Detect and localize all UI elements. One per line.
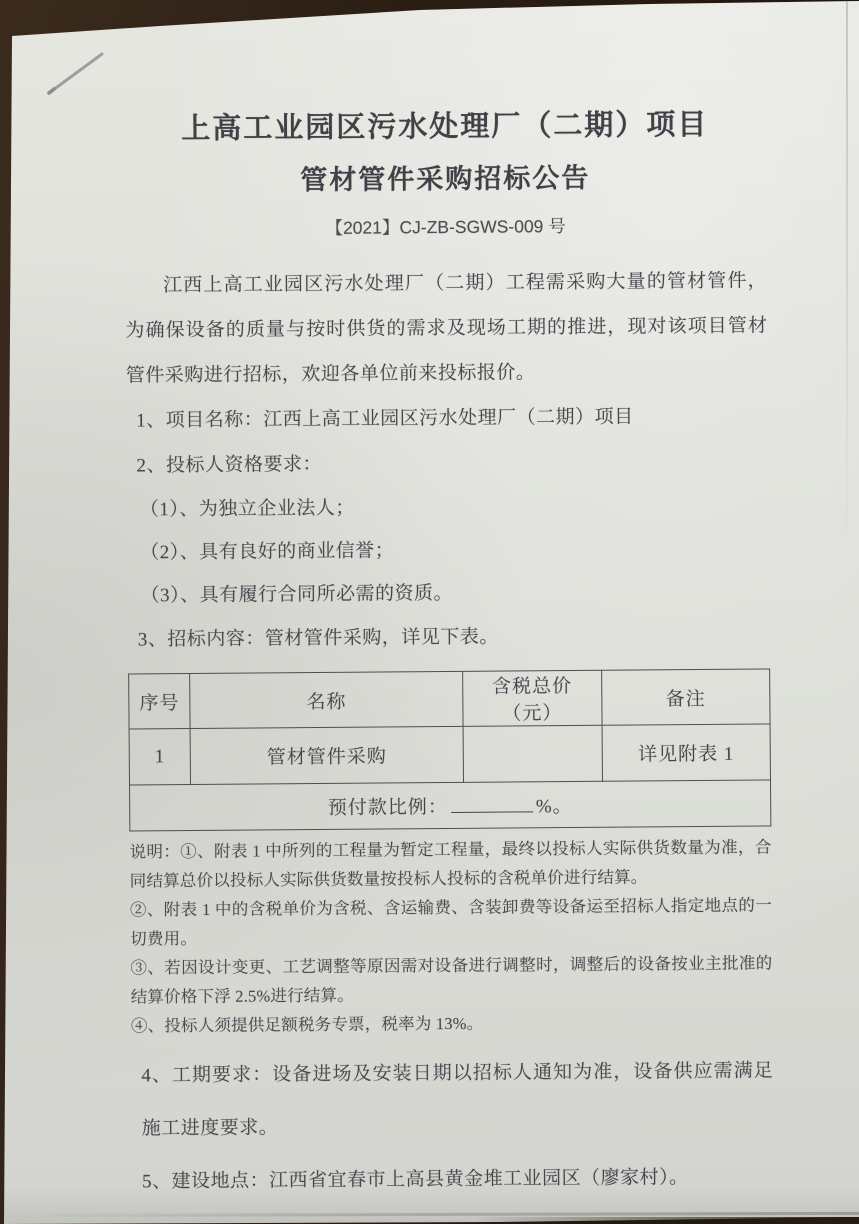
requirement-2: （2）、具有良好的商业信誉；	[127, 526, 769, 574]
prepay-cell: 预付款比例：%。	[130, 780, 771, 831]
doc-title-line1: 上高工业园区污水处理厂（二期）项目	[124, 101, 766, 147]
bid-items-table: 序号 名称 含税总价（元） 备注 1 管材管件采购 详见附表 1 预付款比例：%…	[128, 668, 771, 831]
requirement-3: （3）、具有履行合同所必需的资质。	[127, 569, 769, 617]
cell-seq: 1	[129, 729, 191, 785]
cell-price	[463, 725, 602, 782]
doc-number: 【2021】CJ-ZB-SGWS-009 号	[125, 211, 767, 241]
item-schedule: 4、工期要求：设备进场及安装日期以招标人通知为准，设备供应需满足施工进度要求。	[131, 1044, 774, 1155]
doc-title-line2: 管材管件采购招标公告	[124, 154, 766, 198]
pencil-mark	[42, 44, 112, 100]
table-header-row: 序号 名称 含税总价（元） 备注	[129, 669, 770, 729]
note-2: ②、附表 1 中的含税单价为含税、含运输费、含装卸费等设备运至招标人指定地点的一…	[130, 890, 772, 953]
desk-sliver	[472, 1217, 859, 1224]
col-header-remark: 备注	[601, 669, 770, 725]
item-location: 5、建设地点：江西省宜春市上高县黄金堆工业园区（廖家村）。	[132, 1150, 774, 1208]
table-footer-row: 预付款比例：%。	[130, 780, 771, 831]
col-header-name: 名称	[190, 671, 463, 728]
item-bid-content: 3、招标内容：管材管件采购，详见下表。	[128, 612, 770, 662]
cell-name: 管材管件采购	[190, 726, 463, 784]
note-4: ④、投标人须提供足额税务专票，税率为 13%。	[131, 1006, 773, 1040]
paper-sheet: 上高工业园区污水处理厂（二期）项目 管材管件采购招标公告 【2021】CJ-ZB…	[0, 0, 859, 1224]
prepay-label: 预付款比例：	[328, 797, 448, 819]
notes-block: 说明：①、附表 1 中所列的工程量为暂定工程量，最终以投标人实际供货数量为准，合…	[129, 832, 773, 1040]
intro-paragraph: 江西上高工业园区污水处理厂（二期）工程需采购大量的管材管件，为确保设备的质量与按…	[125, 258, 768, 398]
document-content: 上高工业园区污水处理厂（二期）项目 管材管件采购招标公告 【2021】CJ-ZB…	[124, 101, 775, 1208]
item-project-name: 1、项目名称：江西上高工业园区污水处理厂（二期）项目	[126, 393, 768, 443]
item-bidder-requirements: 2、投标人资格要求：	[126, 438, 768, 488]
cell-remark: 详见附表 1	[602, 724, 771, 781]
table-row: 1 管材管件采购 详见附表 1	[129, 724, 770, 785]
note-1: 说明：①、附表 1 中所列的工程量为暂定工程量，最终以投标人实际供货数量为准，合…	[129, 832, 771, 895]
col-header-price: 含税总价（元）	[462, 670, 601, 726]
note-3: ③、若因设计变更、工艺调整等原因需对设备进行调整时，调整后的设备按业主批准的结算…	[130, 948, 772, 1011]
prepay-suffix: %。	[536, 796, 573, 817]
col-header-seq: 序号	[129, 674, 191, 729]
prepay-blank-underline	[451, 796, 533, 813]
requirement-1: （1）、为独立企业法人；	[127, 483, 769, 531]
photo-scene: 上高工业园区污水处理厂（二期）项目 管材管件采购招标公告 【2021】CJ-ZB…	[0, 0, 859, 1224]
paper-fold-line	[846, 0, 848, 563]
